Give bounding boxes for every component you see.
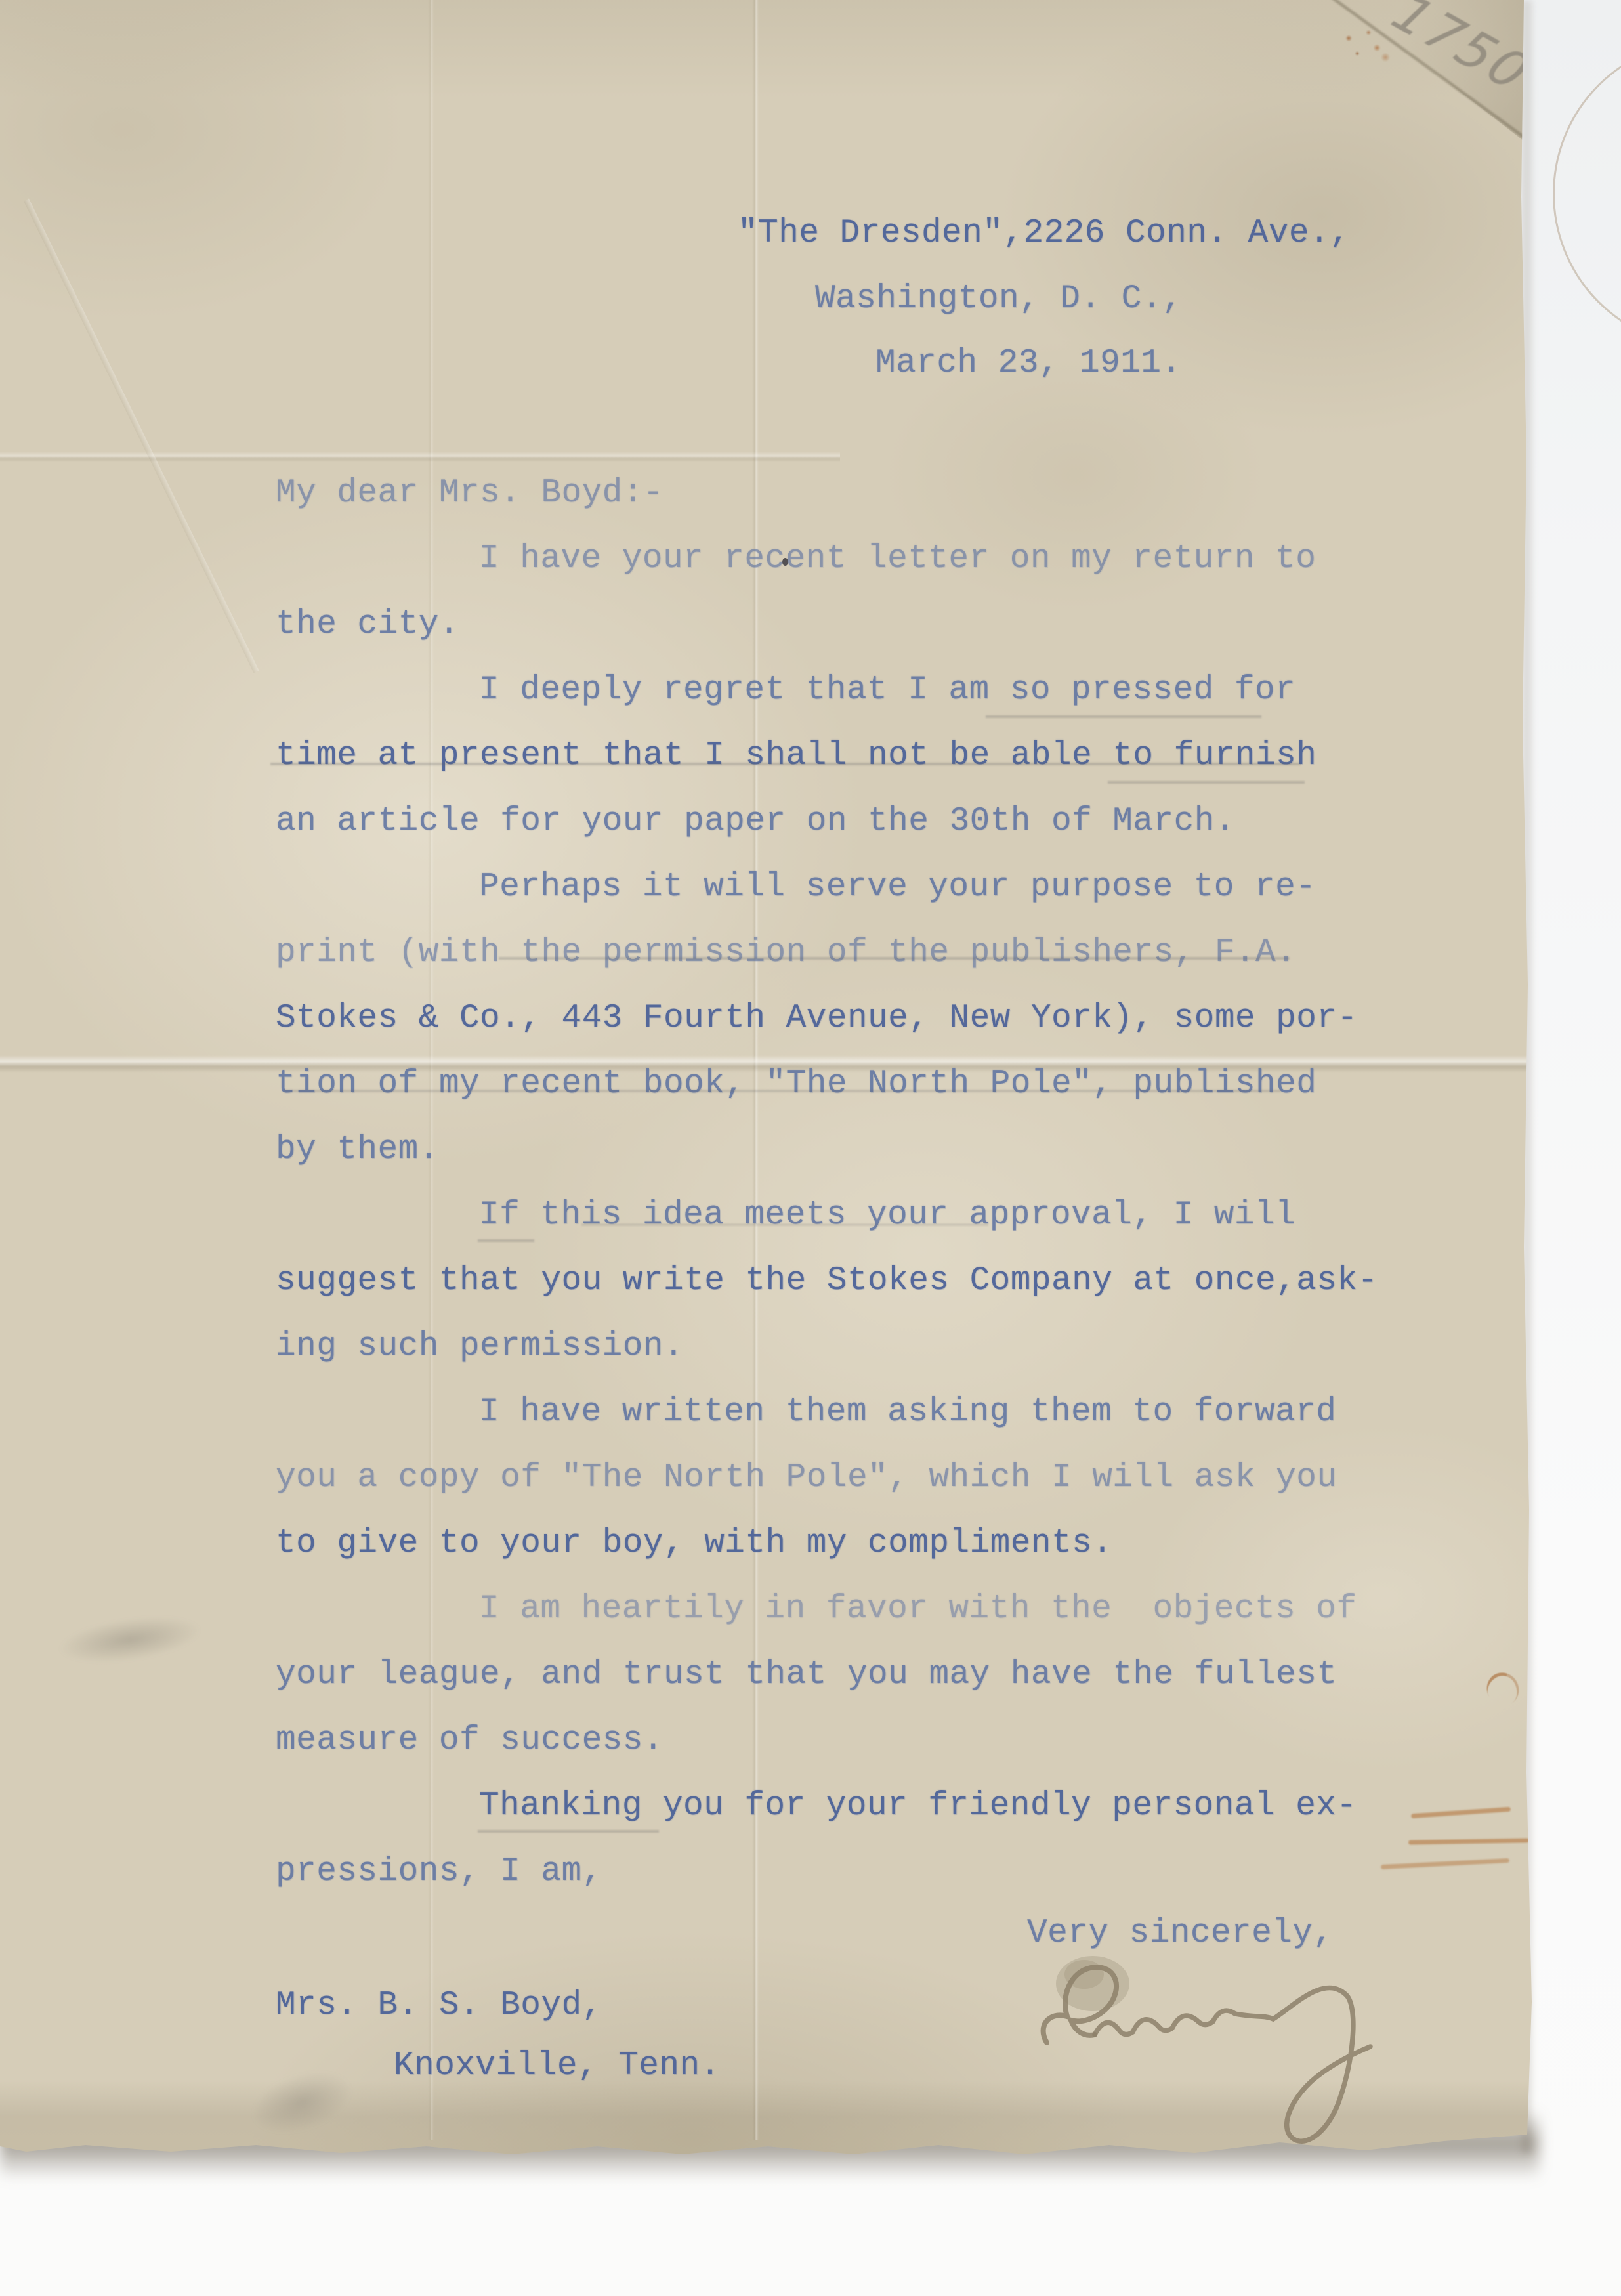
salutation: My dear Mrs. Boyd:- xyxy=(276,477,663,510)
peary-signature xyxy=(1011,1938,1404,2154)
recipient-place: Knoxville, Tenn. xyxy=(394,2049,721,2083)
underline-mark xyxy=(986,715,1261,718)
horizontal-fold-crease-upper xyxy=(0,452,840,462)
header-address-line: "The Dresden",2226 Conn. Ave., xyxy=(738,217,1350,250)
body-line: print (with the permission of the publis… xyxy=(276,936,1296,969)
body-line: ing such permission. xyxy=(276,1330,684,1363)
body-line: I have your recent letter on my return t… xyxy=(479,542,1316,576)
body-line: time at present that I shall not be able… xyxy=(276,739,1316,773)
body-line: Stokes & Co., 443 Fourth Avenue, New Yor… xyxy=(276,1002,1358,1035)
underline-mark xyxy=(1108,781,1305,784)
rust-mark-curl xyxy=(1481,1667,1525,1711)
diagonal-crease-top-left xyxy=(24,199,259,673)
rust-scratch-3 xyxy=(1381,1858,1509,1869)
scanned-letter-page: 1750 "The Dresden",2226 Conn. Ave., Wash… xyxy=(0,0,1621,2296)
signature-stroke-eary xyxy=(1095,1988,1370,2141)
stray-line-mark xyxy=(581,1223,988,1226)
body-line: I deeply regret that I am so pressed for xyxy=(479,673,1295,707)
underline-mark xyxy=(478,1239,534,1242)
body-line: tion of my recent book, "The North Pole"… xyxy=(276,1067,1316,1101)
body-line: Thanking you for your friendly personal … xyxy=(479,1789,1357,1823)
stray-line-mark xyxy=(270,763,1301,765)
body-line: by them. xyxy=(276,1133,439,1166)
body-line: measure of success. xyxy=(276,1724,663,1757)
body-line: Perhaps it will serve your purpose to re… xyxy=(479,870,1316,904)
body-line: your league, and trust that you may have… xyxy=(276,1658,1337,1691)
recipient-name: Mrs. B. S. Boyd, xyxy=(276,1989,602,2022)
header-date-line: March 23, 1911. xyxy=(875,347,1182,380)
hair-strand-artifact xyxy=(1553,39,1621,348)
body-line: you a copy of "The North Pole", which I … xyxy=(276,1461,1337,1495)
body-line: I have written them asking them to forwa… xyxy=(479,1395,1336,1429)
body-line: the city. xyxy=(276,608,459,641)
letter-paper: 1750 "The Dresden",2226 Conn. Ave., Wash… xyxy=(0,0,1536,2159)
pencil-smudge-left xyxy=(56,1609,205,1670)
stray-line-mark xyxy=(284,1090,1281,1092)
stray-line-mark xyxy=(499,957,1290,960)
body-line: suggest that you write the Stokes Compan… xyxy=(276,1264,1378,1298)
body-line: If this idea meets your approval, I will xyxy=(479,1199,1295,1232)
header-city-line: Washington, D. C., xyxy=(815,282,1183,316)
pencil-smudge-bottom xyxy=(243,2059,361,2145)
rust-scratch-2 xyxy=(1408,1838,1529,1844)
body-line: an article for your paper on the 30th of… xyxy=(276,805,1235,838)
body-line: pressions, I am, xyxy=(276,1855,602,1888)
underline-mark xyxy=(478,1830,659,1833)
body-line: I am heartily in favor with the objects … xyxy=(479,1592,1357,1626)
body-line: to give to your boy, with my compliments… xyxy=(276,1527,1112,1560)
rust-scratch-1 xyxy=(1411,1807,1511,1819)
